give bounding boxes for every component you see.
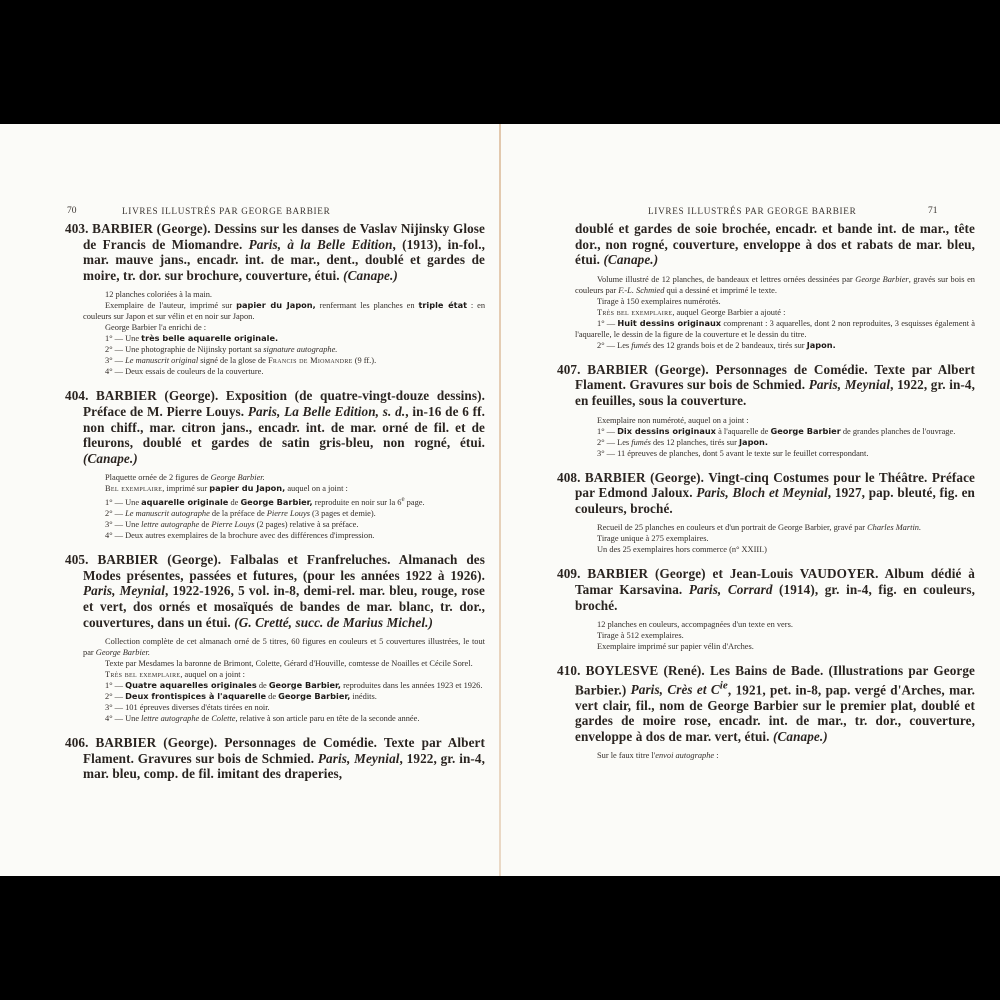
entry-heading: 409. BARBIER (George) et Jean-Louis VAUD…: [557, 566, 975, 613]
lot-number: 404.: [65, 388, 88, 403]
note-line: Tirage unique à 275 exemplaires.: [575, 533, 975, 544]
note-line: 12 planches coloriées à la main.: [83, 289, 485, 300]
note-line: 3° — 11 épreuves de planches, dont 5 ava…: [575, 448, 975, 459]
catalogue-entry: 406. BARBIER (George). Personnages de Co…: [65, 735, 485, 782]
catalogue-entry: 403. BARBIER (George). Dessins sur les d…: [65, 221, 485, 377]
note-line: Exemplaire non numéroté, auquel on a joi…: [575, 415, 975, 426]
note-line: 2° — Une photographie de Nijinsky portan…: [83, 344, 485, 355]
note-line: Texte par Mesdames la baronne de Brimont…: [83, 658, 485, 669]
continued-entry: doublé et gardes de soie brochée, encadr…: [557, 221, 975, 351]
catalogue-entry: 407. BARBIER (George). Personnages de Co…: [557, 362, 975, 459]
right-page: LIVRES ILLUSTRÉS PAR GEORGE BARBIER 71 d…: [501, 124, 1000, 876]
entry-notes: Volume illustré de 12 planches, de bande…: [557, 274, 975, 351]
note-line: 3° — Le manuscrit original signé de la g…: [83, 355, 485, 366]
note-line: 4° — Deux autres exemplaires de la broch…: [83, 530, 485, 541]
entry-notes: Exemplaire non numéroté, auquel on a joi…: [557, 415, 975, 459]
note-line: 1° — Une aquarelle originale de George B…: [83, 494, 485, 508]
note-line: Recueil de 25 planches en couleurs et d'…: [575, 522, 975, 533]
note-line: 1° — Quatre aquarelles originales de Geo…: [83, 680, 485, 691]
entry-heading: 406. BARBIER (George). Personnages de Co…: [65, 735, 485, 782]
lot-number: 409.: [557, 566, 580, 581]
entry-notes: 12 planches coloriées à la main.Exemplai…: [65, 289, 485, 377]
entry-heading: doublé et gardes de soie brochée, encadr…: [557, 221, 975, 268]
note-line: 1° — Dix dessins originaux à l'aquarelle…: [575, 426, 975, 437]
note-line: 3° — 101 épreuves diverses d'états tirée…: [83, 702, 485, 713]
note-line: Plaquette ornée de 2 figures de George B…: [83, 472, 485, 483]
catalogue-entries: doublé et gardes de soie brochée, encadr…: [557, 221, 975, 772]
note-line: 2° — Les fumés des 12 grands bois et de …: [575, 340, 975, 351]
lot-number: 405.: [65, 552, 88, 567]
note-line: Un des 25 exemplaires hors commerce (n° …: [575, 544, 975, 555]
entry-heading: 403. BARBIER (George). Dessins sur les d…: [65, 221, 485, 283]
note-line: Sur le faux titre l'envoi autographe :: [575, 750, 975, 761]
entry-notes: Collection complète de cet almanach orné…: [65, 636, 485, 724]
catalogue-entry: 408. BARBIER (George). Vingt-cinq Costum…: [557, 470, 975, 556]
catalogue-entry: 404. BARBIER (George). Exposition (de qu…: [65, 388, 485, 541]
lot-number: 403.: [65, 221, 88, 236]
note-line: Exemplaire imprimé sur papier vélin d'Ar…: [575, 641, 975, 652]
note-line: Tirage à 512 exemplaires.: [575, 630, 975, 641]
page-number: 70: [67, 206, 77, 216]
running-head: LIVRES ILLUSTRÉS PAR GEORGE BARBIER: [648, 206, 856, 216]
note-line: 12 planches en couleurs, accompagnées d'…: [575, 619, 975, 630]
catalogue-entries: 403. BARBIER (George). Dessins sur les d…: [65, 221, 485, 793]
note-line: Exemplaire de l'auteur, imprimé sur papi…: [83, 300, 485, 322]
entry-heading: 405. BARBIER (George). Falbalas et Franf…: [65, 552, 485, 630]
entry-notes: 12 planches en couleurs, accompagnées d'…: [557, 619, 975, 652]
note-line: Tirage à 150 exemplaires numérotés.: [575, 296, 975, 307]
catalogue-entry: 409. BARBIER (George) et Jean-Louis VAUD…: [557, 566, 975, 652]
entry-notes: Sur le faux titre l'envoi autographe :: [557, 750, 975, 761]
lot-number: 408.: [557, 470, 580, 485]
entry-heading: 407. BARBIER (George). Personnages de Co…: [557, 362, 975, 409]
note-line: Volume illustré de 12 planches, de bande…: [575, 274, 975, 296]
page-number: 71: [928, 206, 938, 216]
catalogue-entry: 405. BARBIER (George). Falbalas et Franf…: [65, 552, 485, 724]
note-line: George Barbier l'a enrichi de :: [83, 322, 485, 333]
lot-number: 410.: [557, 663, 580, 678]
left-page: 70 LIVRES ILLUSTRÉS PAR GEORGE BARBIER 4…: [0, 124, 499, 876]
note-line: 1° — Une très belle aquarelle originale.: [83, 333, 485, 344]
note-line: 3° — Une lettre autographe de Pierre Lou…: [83, 519, 485, 530]
note-line: 2° — Le manuscrit autographe de la préfa…: [83, 508, 485, 519]
lot-number: 406.: [65, 735, 88, 750]
note-line: Collection complète de cet almanach orné…: [83, 636, 485, 658]
running-head: LIVRES ILLUSTRÉS PAR GEORGE BARBIER: [122, 206, 330, 216]
note-line: 4° — Deux essais de couleurs de la couve…: [83, 366, 485, 377]
entry-heading: 404. BARBIER (George). Exposition (de qu…: [65, 388, 485, 466]
note-line: 1° — Huit dessins originaux comprenant :…: [575, 318, 975, 340]
entry-heading: 408. BARBIER (George). Vingt-cinq Costum…: [557, 470, 975, 517]
lot-number: 407.: [557, 362, 580, 377]
note-line: 2° — Les fumés des 12 planches, tirés su…: [575, 437, 975, 448]
note-line: Très bel exemplaire, auquel on a joint :: [83, 669, 485, 680]
entry-notes: Plaquette ornée de 2 figures de George B…: [65, 472, 485, 541]
note-line: 2° — Deux frontispices à l'aquarelle de …: [83, 691, 485, 702]
catalogue-entry: 410. BOYLESVE (René). Les Bains de Bade.…: [557, 663, 975, 761]
note-line: Bel exemplaire, imprimé sur papier du Ja…: [83, 483, 485, 494]
entry-heading: 410. BOYLESVE (René). Les Bains de Bade.…: [557, 663, 975, 744]
note-line: Très bel exemplaire, auquel George Barbi…: [575, 307, 975, 318]
note-line: 4° — Une lettre autographe de Colette, r…: [83, 713, 485, 724]
entry-notes: Recueil de 25 planches en couleurs et d'…: [557, 522, 975, 555]
